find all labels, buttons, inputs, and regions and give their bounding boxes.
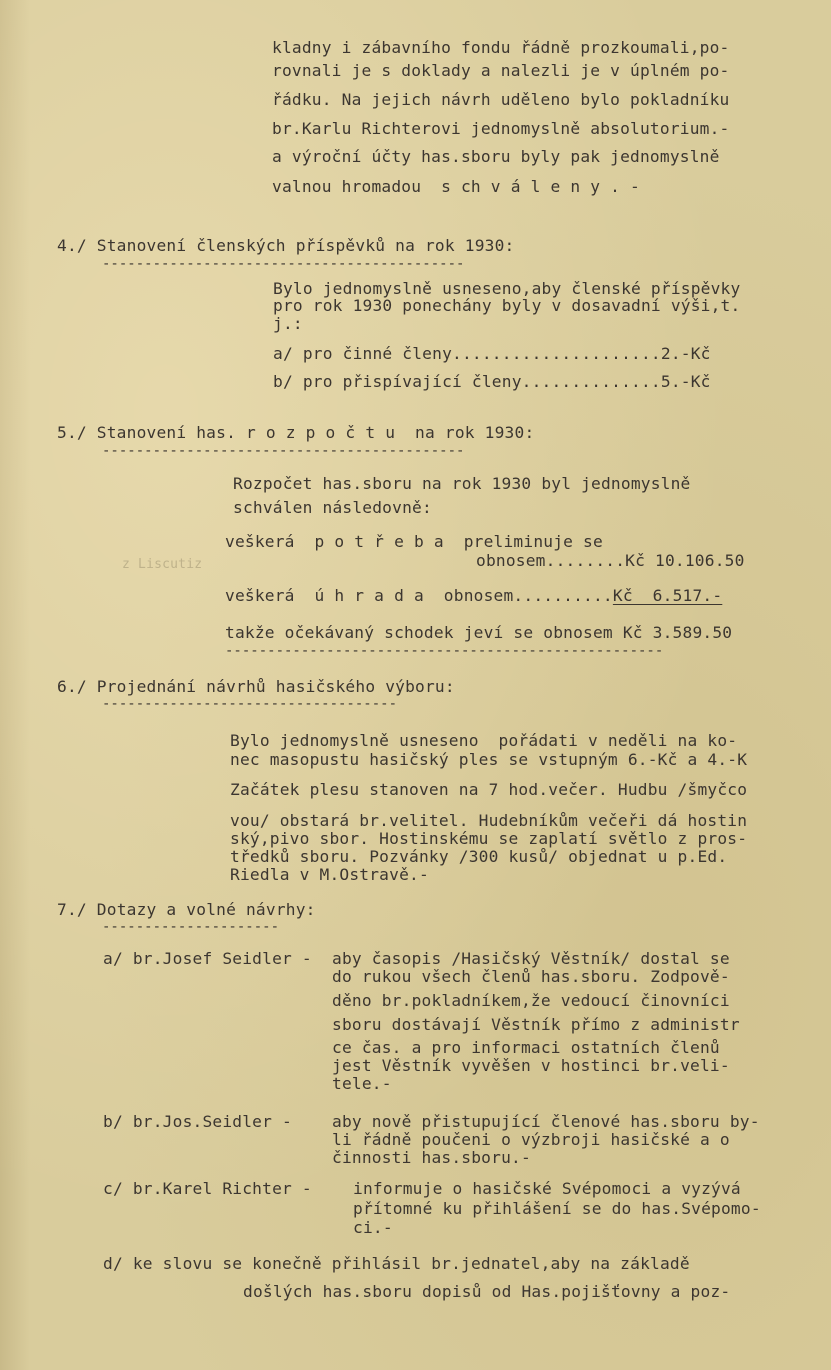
item-a-line: tele.- xyxy=(332,1076,392,1092)
item-b-line: aby nově přistupující členové has.sboru … xyxy=(332,1114,760,1130)
section-7-underline: --------------------- xyxy=(102,920,279,934)
budget-need-amount: obnosem........Kč 10.106.50 xyxy=(476,553,745,569)
item-a-line: ce čas. a pro informaci ostatních členů xyxy=(332,1040,720,1056)
budget-cover-line: veškerá ú h r a d a obnosem..........Kč … xyxy=(225,588,722,604)
section-6-underline: ----------------------------------- xyxy=(102,697,397,711)
section-6-body-line: nec masopustu hasičský ples se vstupným … xyxy=(230,752,747,768)
item-a-line: sboru dostávají Věstník přímo z administ… xyxy=(332,1017,740,1033)
section-7-number: 7./ xyxy=(57,900,97,919)
document-page: kladny i zábavního fondu řádně prozkouma… xyxy=(0,0,831,1370)
item-d-line: d/ ke slovu se konečně přihlásil br.jedn… xyxy=(103,1256,690,1272)
section-6-body-line: vou/ obstará br.velitel. Hudebníkům veče… xyxy=(230,813,747,829)
section-6-body-line: Začátek plesu stanoven na 7 hod.večer. H… xyxy=(230,782,747,798)
section-4-body-line: Bylo jednomyslně usneseno,aby členské př… xyxy=(273,281,740,297)
section-4-underline: ----------------------------------------… xyxy=(102,257,464,271)
item-a-speaker: a/ br.Josef Seidler - xyxy=(103,951,322,967)
budget-deficit-line: takže očekávaný schodek jeví se obnosem … xyxy=(225,625,732,641)
section-4-body-line: j.: xyxy=(273,316,303,332)
section-4-heading: 4./ Stanovení členských příspěvků na rok… xyxy=(57,238,515,254)
item-c-line: přítomné ku přihlášení se do has.Svépomo… xyxy=(353,1201,761,1217)
section-6-heading: 6./ Projednání návrhů hasičského výboru: xyxy=(57,679,455,695)
budget-deficit-underline: ----------------------------------------… xyxy=(225,644,663,658)
intro-line: a výroční účty has.sboru byly pak jednom… xyxy=(272,149,720,165)
section-6-body-line: Bylo jednomyslně usneseno pořádati v ned… xyxy=(230,733,737,749)
intro-line: br.Karlu Richterovi jednomyslně absoluto… xyxy=(272,121,730,137)
section-5-body-line: schválen následovně: xyxy=(233,500,432,516)
item-c-line: informuje o hasičské Svépomoci a vyzývá xyxy=(353,1181,741,1197)
item-b-speaker: b/ br.Jos.Seidler - xyxy=(103,1114,302,1130)
item-a-line: děno br.pokladníkem,že vedoucí činovníci xyxy=(332,993,730,1009)
section-7-heading: 7./ Dotazy a volné návrhy: xyxy=(57,902,316,918)
item-a-line: jest Věstník vyvěšen v hostinci br.veli- xyxy=(332,1058,730,1074)
intro-line: řádku. Na jejich návrh uděleno bylo pokl… xyxy=(272,92,730,108)
item-d-line: došlých has.sboru dopisů od Has.pojišťov… xyxy=(243,1284,730,1300)
section-5-underline: ----------------------------------------… xyxy=(102,444,464,458)
bleedthrough-text: z Liscutiz xyxy=(122,558,202,571)
item-a-line: aby časopis /Hasičský Věstník/ dostal se xyxy=(332,951,730,967)
item-c-line: ci.- xyxy=(353,1220,393,1236)
section-7-title: Dotazy a volné návrhy: xyxy=(97,900,316,919)
item-b-line: li řádně poučeni o výzbroji hasičské a o xyxy=(332,1132,730,1148)
budget-cover-amount: Kč 6.517.- xyxy=(613,586,722,605)
intro-line: rovnali je s doklady a nalezli je v úpln… xyxy=(272,63,730,79)
section-5-heading: 5./ Stanovení has. r o z p o č t u na ro… xyxy=(57,425,534,441)
section-6-body-line: ský,pivo sbor. Hostinskému se zaplatí sv… xyxy=(230,831,747,847)
section-6-body-line: tředků sboru. Pozvánky /300 kusů/ objedn… xyxy=(230,849,727,865)
budget-cover-label: veškerá ú h r a d a obnosem.......... xyxy=(225,586,613,605)
item-b-line: činnosti has.sboru.- xyxy=(332,1150,531,1166)
section-4-body-line: pro rok 1930 ponechány byly v dosavadní … xyxy=(273,298,740,314)
item-a-line: do rukou všech členů has.sboru. Zodpově- xyxy=(332,969,730,985)
section-4-item: a/ pro činné členy.....................2… xyxy=(273,346,711,362)
item-c-speaker: c/ br.Karel Richter - xyxy=(103,1181,322,1197)
section-5-body-line: Rozpočet has.sboru na rok 1930 byl jedno… xyxy=(233,476,691,492)
budget-need-label: veškerá p o t ř e b a preliminuje se xyxy=(225,534,603,550)
section-4-item: b/ pro přispívající členy..............5… xyxy=(273,374,711,390)
intro-line: kladny i zábavního fondu řádně prozkouma… xyxy=(272,40,730,56)
intro-line: valnou hromadou s ch v á l e n y . - xyxy=(272,179,640,195)
section-6-body-line: Riedla v M.Ostravě.- xyxy=(230,867,429,883)
